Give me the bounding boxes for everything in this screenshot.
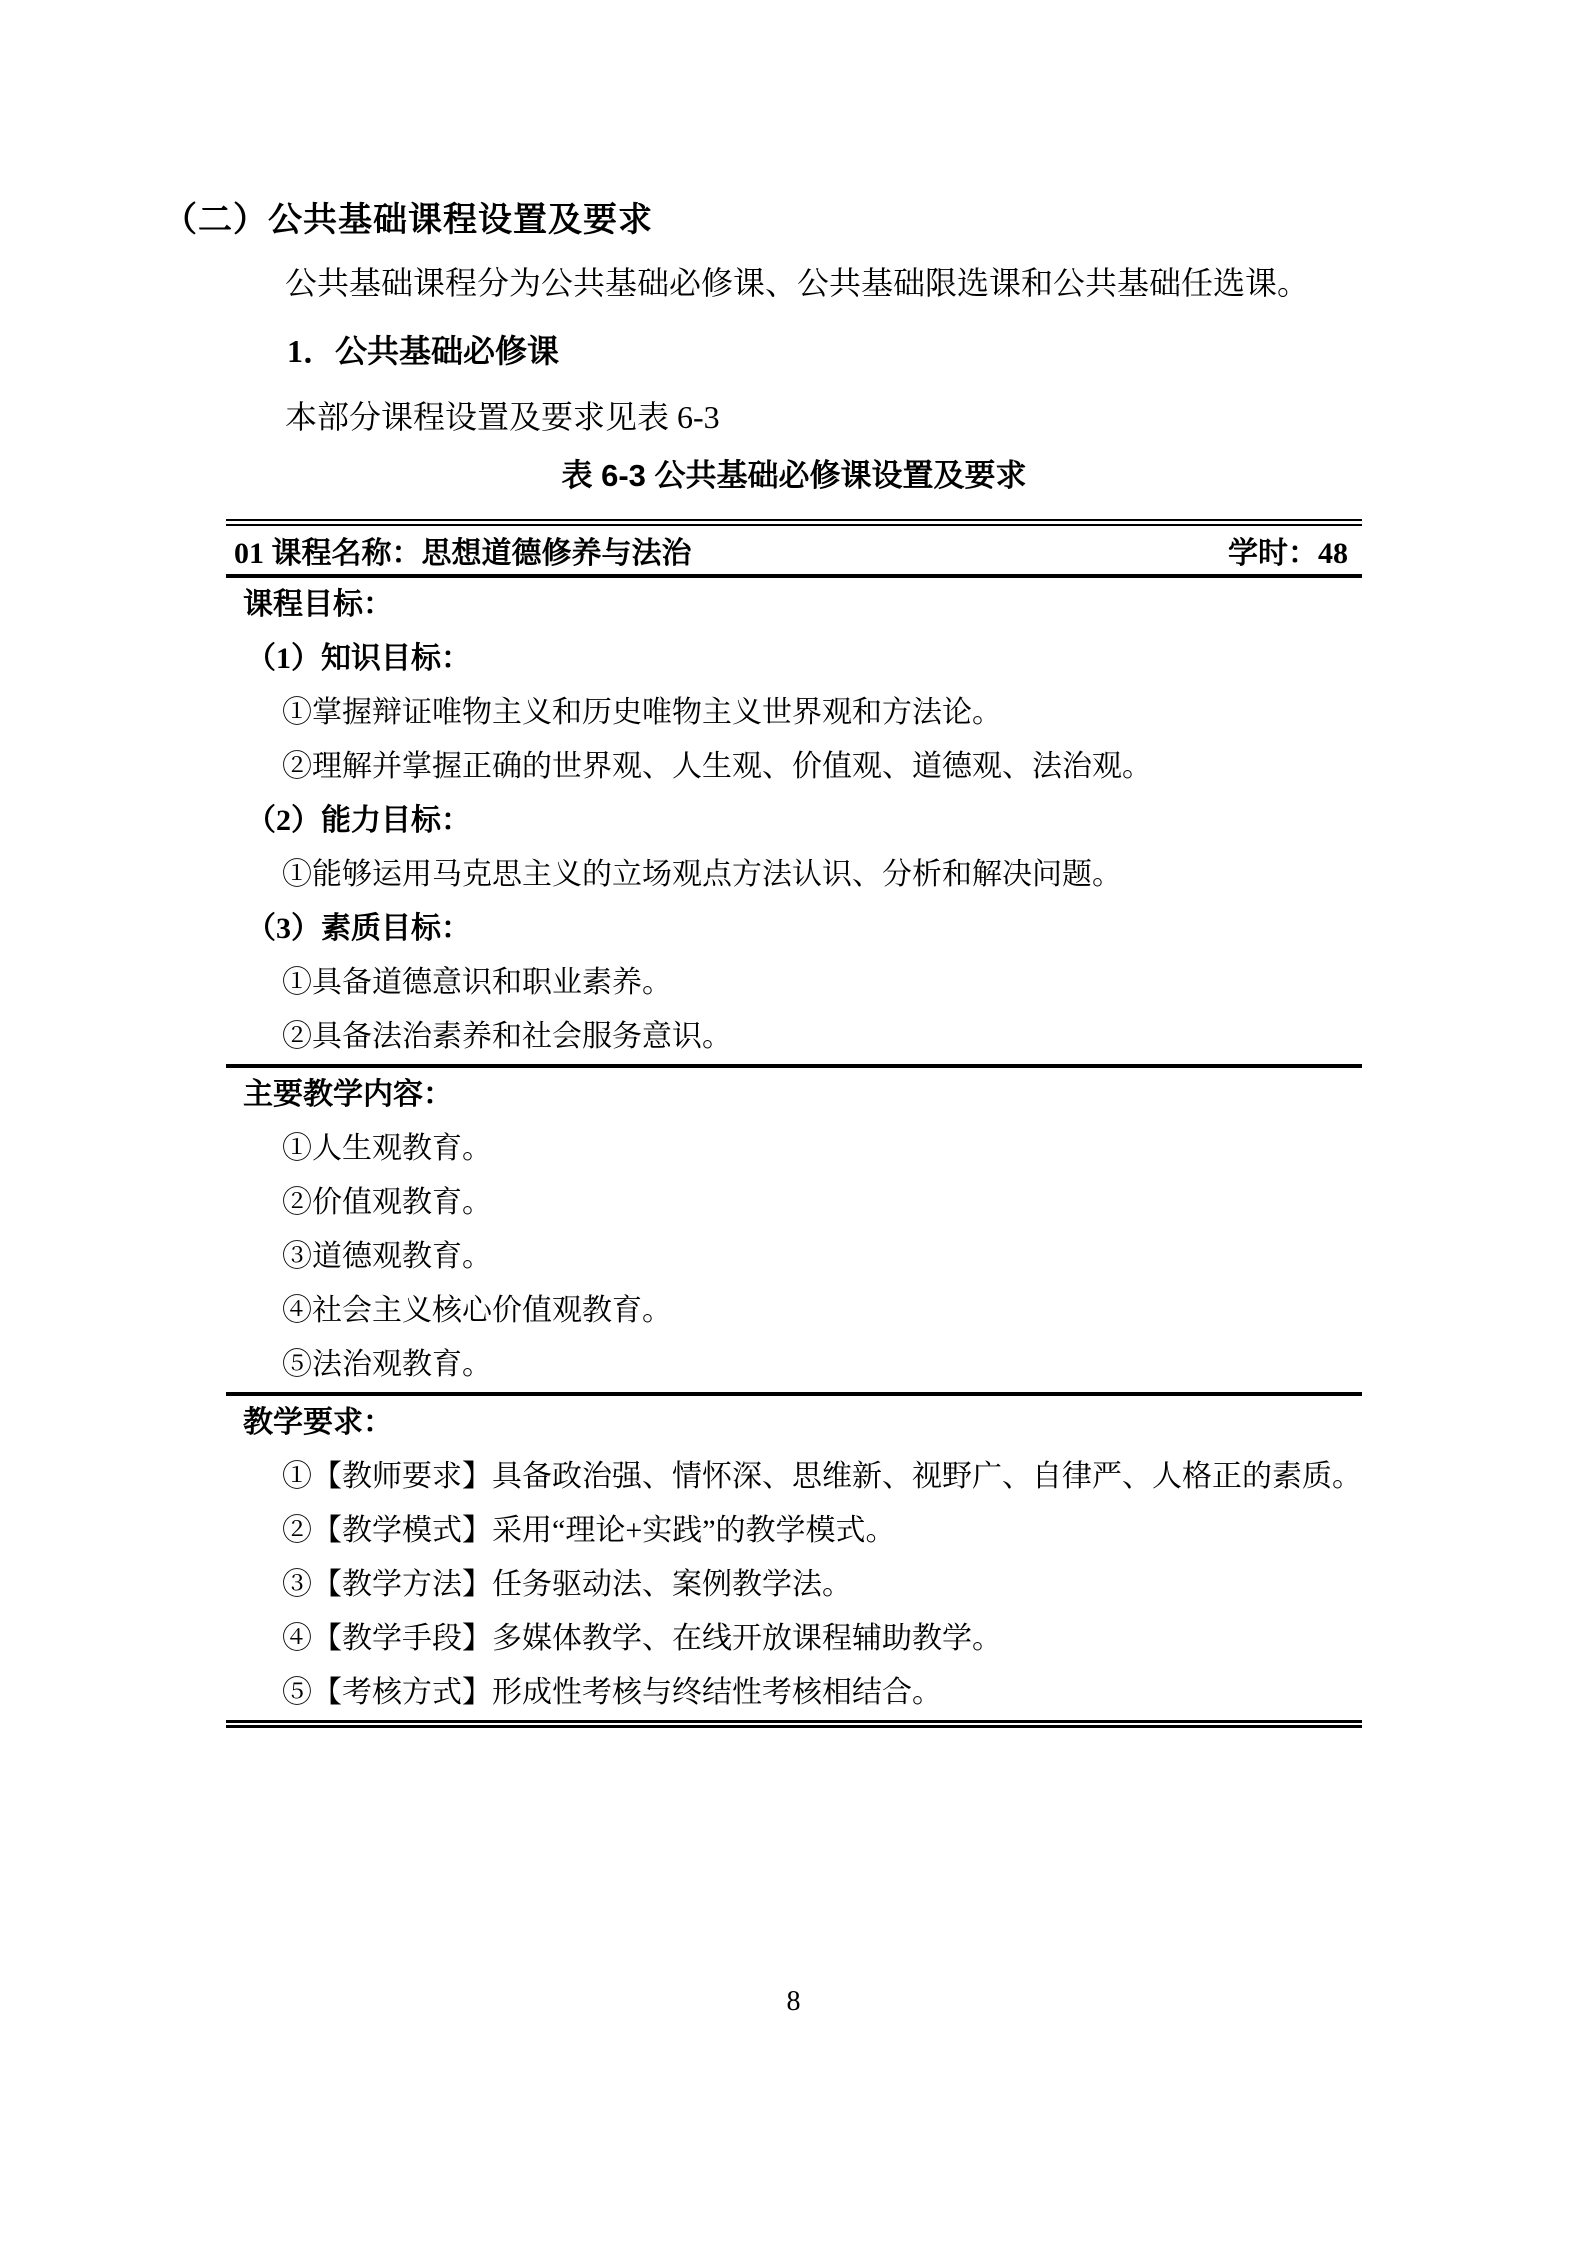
course-table: 01 课程名称：思想道德修养与法治 学时：48 课程目标： （1）知识目标： ①… — [226, 519, 1362, 1728]
requirement-item: ②【教学模式】采用“理论+实践”的教学模式。 — [226, 1504, 1362, 1558]
content-item: ②价值观教育。 — [226, 1176, 1362, 1230]
objective-item: ①具备道德意识和职业素养。 — [226, 956, 1362, 1010]
content-item: ⑤法治观教育。 — [226, 1338, 1362, 1392]
course-header-row: 01 课程名称：思想道德修养与法治 学时：48 — [226, 526, 1362, 578]
course-name-label: 01 课程名称：思想道德修养与法治 — [234, 528, 692, 572]
objective-group-label: （3）素质目标： — [226, 902, 1362, 956]
course-content-section: 主要教学内容： ①人生观教育。 ②价值观教育。 ③道德观教育。 ④社会主义核心价… — [226, 1068, 1362, 1396]
document-page: （二）公共基础课程设置及要求 公共基础课程分为公共基础必修课、公共基础限选课和公… — [0, 0, 1587, 2245]
objectives-title: 课程目标： — [226, 578, 1362, 632]
content-item: ③道德观教育。 — [226, 1230, 1362, 1284]
content-item: ①人生观教育。 — [226, 1122, 1362, 1176]
requirement-item: ④【教学手段】多媒体教学、在线开放课程辅助教学。 — [226, 1612, 1362, 1666]
intro-paragraph: 公共基础课程分为公共基础必修课、公共基础限选课和公共基础任选课。 — [285, 258, 1309, 304]
requirement-item: ⑤【考核方式】形成性考核与终结性考核相结合。 — [226, 1666, 1362, 1720]
objective-item: ①掌握辩证唯物主义和历史唯物主义世界观和方法论。 — [226, 686, 1362, 740]
content-item: ④社会主义核心价值观教育。 — [226, 1284, 1362, 1338]
requirement-item: ③【教学方法】任务驱动法、案例教学法。 — [226, 1558, 1362, 1612]
section-heading: （二）公共基础课程设置及要求 — [163, 192, 653, 241]
content-title: 主要教学内容： — [226, 1068, 1362, 1122]
objective-group-label: （2）能力目标： — [226, 794, 1362, 848]
course-hours-label: 学时：48 — [1228, 528, 1348, 572]
objective-group-label: （1）知识目标： — [226, 632, 1362, 686]
page-number: 8 — [0, 1986, 1587, 2018]
requirement-item: ①【教师要求】具备政治强、情怀深、思维新、视野广、自律严、人格正的素质。 — [226, 1450, 1362, 1504]
objective-item: ①能够运用马克思主义的立场观点方法认识、分析和解决问题。 — [226, 848, 1362, 902]
subsection-heading: 1．公共基础必修课 — [287, 326, 559, 372]
objective-item: ②理解并掌握正确的世界观、人生观、价值观、道德观、法治观。 — [226, 740, 1362, 794]
lead-in-paragraph: 本部分课程设置及要求见表 6-3 — [285, 392, 720, 438]
course-requirements-section: 教学要求： ①【教师要求】具备政治强、情怀深、思维新、视野广、自律严、人格正的素… — [226, 1396, 1362, 1720]
objective-item: ②具备法治素养和社会服务意识。 — [226, 1010, 1362, 1064]
requirements-title: 教学要求： — [226, 1396, 1362, 1450]
table-caption: 表 6-3 公共基础必修课设置及要求 — [226, 450, 1362, 495]
course-objectives-section: 课程目标： （1）知识目标： ①掌握辩证唯物主义和历史唯物主义世界观和方法论。 … — [226, 578, 1362, 1068]
